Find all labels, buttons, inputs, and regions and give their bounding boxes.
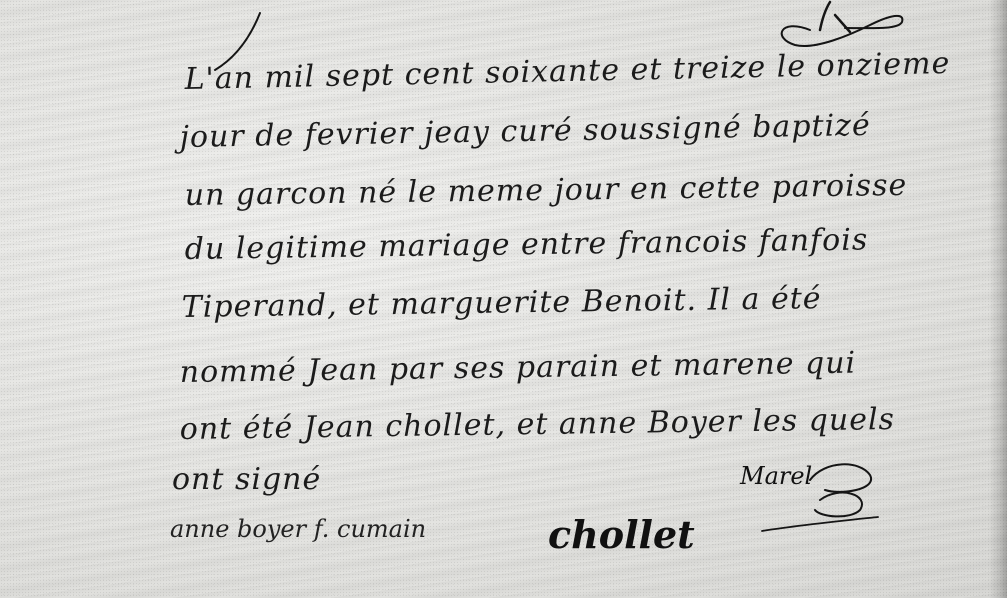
text-line-5: Tiperand, et marguerite Benoit. Il a été [182, 281, 822, 325]
signature-bottom-left: anne boyer f. cumain [170, 515, 426, 543]
text-line-8: ont signé [172, 462, 321, 497]
text-line-6: nommé Jean par ses parain et marene qui [180, 346, 857, 390]
page-edge-shadow [989, 0, 1007, 598]
text-line-4: du legitime mariage entre francois fanfo… [185, 222, 869, 267]
text-line-1: L'an mil sept cent soixante et treize le… [184, 46, 950, 97]
text-line-3: un garcon né le meme jour en cette paroi… [185, 168, 908, 213]
text-line-7: ont été Jean chollet, et anne Boyer les … [180, 402, 896, 447]
underline-stroke [760, 515, 880, 535]
register-page: L'an mil sept cent soixante et treize le… [0, 0, 1007, 598]
text-line-2: jour de fevrier jeay curé soussigné bapt… [179, 108, 871, 155]
signature-bottom-center: chollet [548, 512, 695, 557]
